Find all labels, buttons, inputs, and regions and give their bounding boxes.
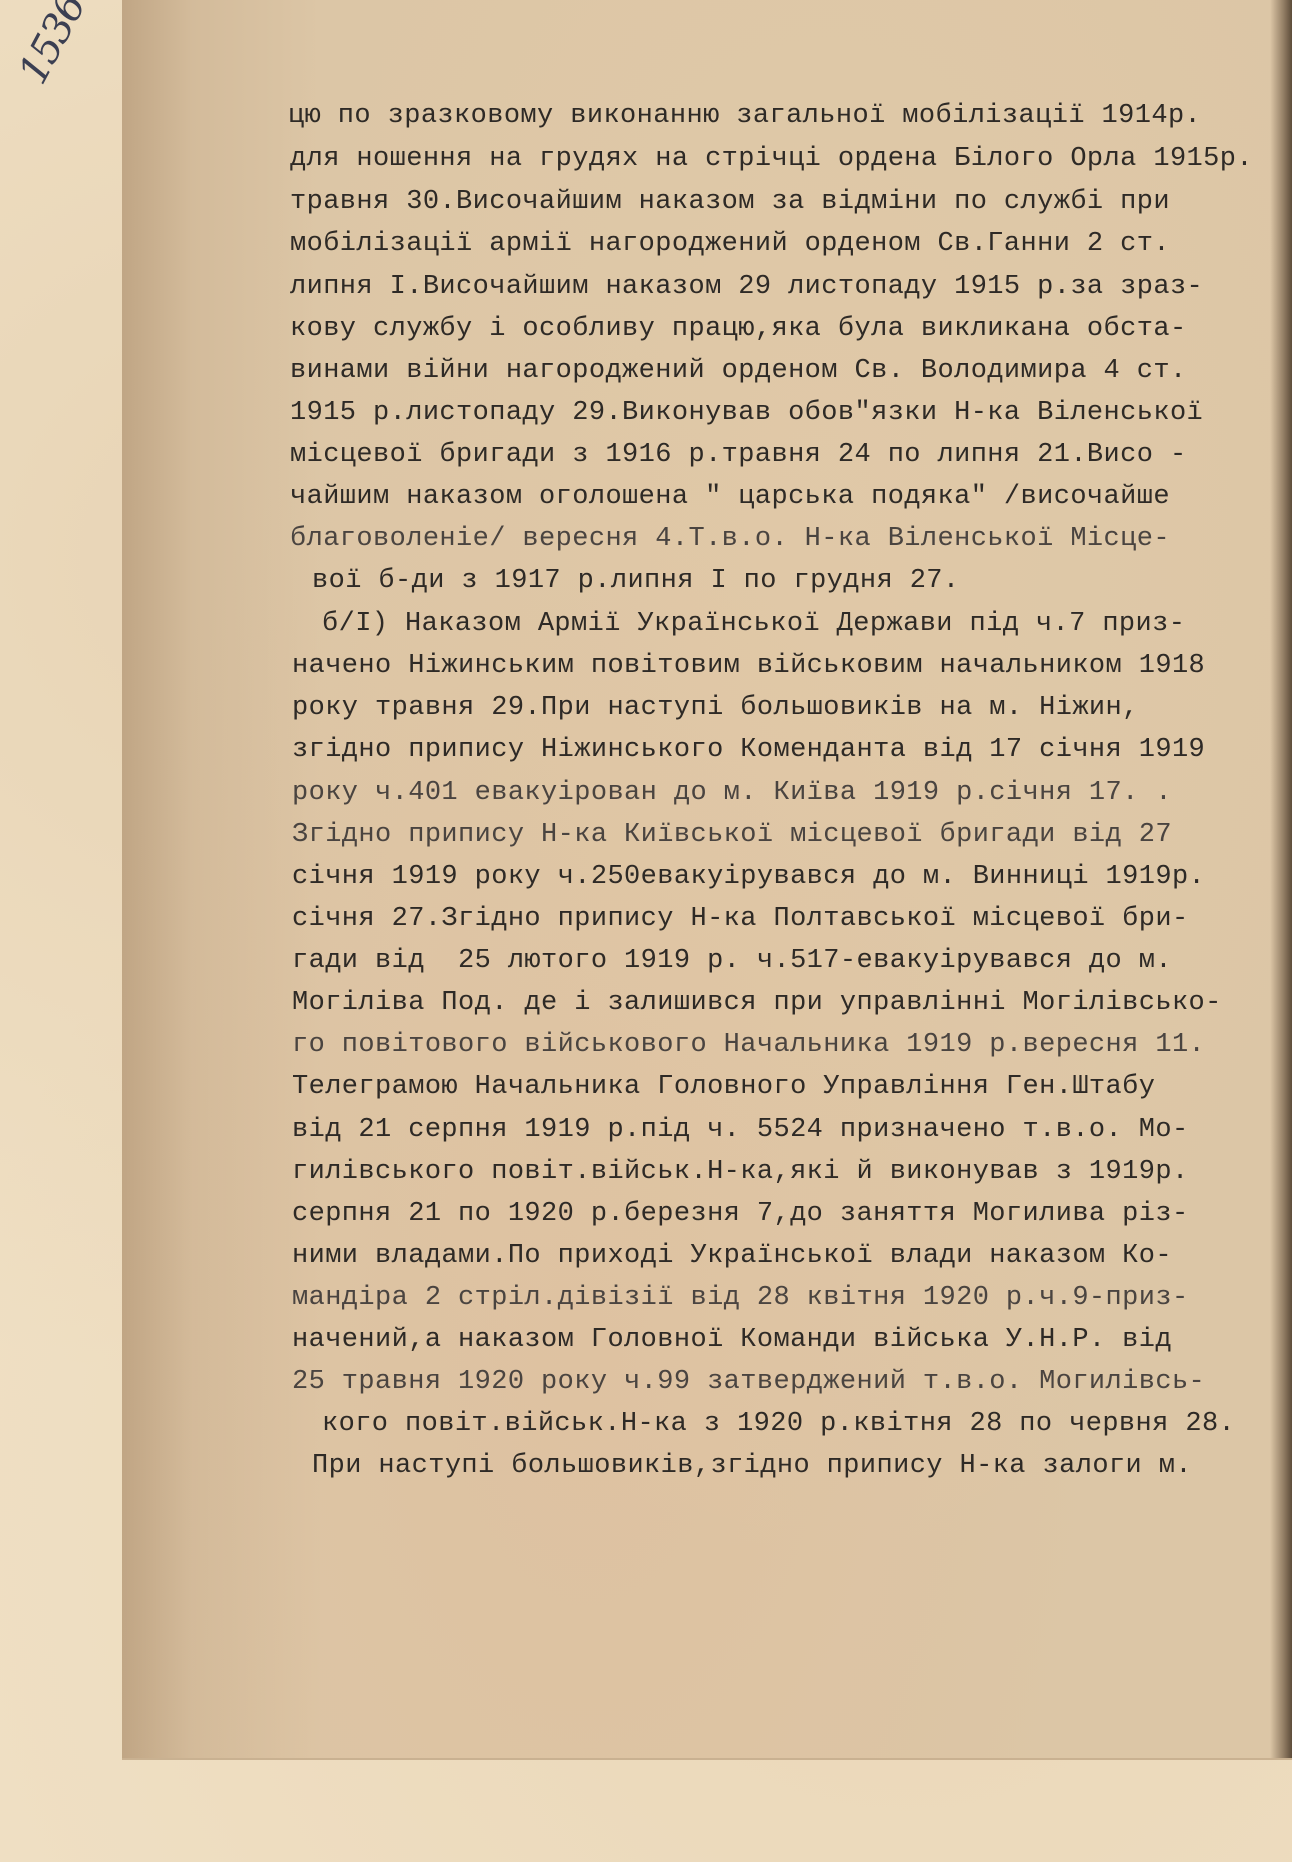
text-line: Згідно припису Н-ка Київської місцевої б… [292,819,1172,851]
text-line: начений,а наказом Головної Команди війсь… [292,1324,1172,1356]
paragraph-start-line: б/І) Наказом Армії Української Держави п… [322,608,1185,640]
text-line: благоволеніе/ вересня 4.Т.в.о. Н-ка Віле… [290,523,1170,555]
text-line: січня 1919 року ч.250евакуірувався до м.… [292,861,1205,893]
text-line: Могіліва Под. де і залишився при управлі… [292,987,1222,1019]
text-line: ними владами.По приході Української влад… [292,1240,1172,1272]
text-line: кого повіт.військ.Н-ка з 1920 р.квітня 2… [322,1408,1235,1440]
text-line: Телеграмою Начальника Головного Управлін… [292,1071,1155,1103]
text-line: року травня 29.При наступі большовиків н… [292,692,1139,724]
text-line: січня 27.Згідно припису Н-ка Полтавської… [292,903,1189,935]
text-line: вої б-ди з 1917 р.липня І по грудня 27. [312,565,960,597]
text-line: начено Ніжинським повітовим військовим н… [292,650,1205,682]
text-line: го повітового військового Начальника 191… [292,1029,1205,1061]
text-line: року ч.401 евакуірован до м. Київа 1919 … [292,777,1172,809]
text-line: серпня 21 по 1920 р.березня 7,до заняття… [292,1198,1189,1230]
text-line: від 21 серпня 1919 р.під ч. 5524 признач… [292,1114,1189,1146]
text-line: місцевої бригади з 1916 р.травня 24 по л… [290,439,1187,471]
text-line: липня І.Височайшим наказом 29 листопаду … [290,271,1203,303]
text-line: чайшим наказом оголошена " царська подяк… [290,481,1170,513]
text-line: цю по зразковому виконанню загальної моб… [288,100,1201,132]
text-line: При наступі большовиків,згідно припису Н… [312,1450,1192,1482]
text-line: 1915 р.листопаду 29.Виконував обов"язки … [290,397,1203,429]
text-line: 25 травня 1920 року ч.99 затверджений т.… [292,1366,1205,1398]
text-line: кову службу і особливу працю,яка була ви… [290,313,1187,345]
page-edge-shadow [1270,0,1292,1758]
text-line: мобілізації армії нагороджений орденом С… [290,228,1170,260]
text-line: гилівського повіт.військ.Н-ка,які й вико… [292,1156,1189,1188]
text-line: згідно припису Ніжинського Коменданта ві… [292,734,1205,766]
text-line: для ношення на грудях на стрічці ордена … [290,143,1253,175]
text-line: гади від 25 лютого 1919 р. ч.517-евакуір… [292,945,1172,977]
text-line: винами війни нагороджений орденом Св. Во… [290,355,1187,387]
text-line: травня 30.Височайшим наказом за відміни … [290,186,1170,218]
text-line: мандіра 2 стріл.дівізії від 28 квітня 19… [292,1282,1189,1314]
